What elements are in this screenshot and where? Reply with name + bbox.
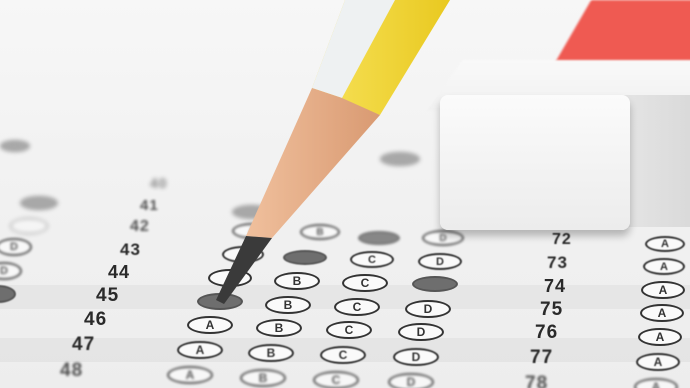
question-number: 43 (120, 240, 141, 260)
answer-bubble: A (645, 236, 685, 252)
answer-bubble: C (326, 321, 372, 339)
answer-bubble: B (274, 272, 320, 290)
answer-bubble: B (300, 224, 340, 240)
question-number: 72 (552, 231, 572, 249)
answer-bubble (20, 196, 58, 210)
answer-bubble: D (393, 348, 439, 366)
answer-sheet-photo: 40 41 42 43 44 45 46 47 48 D D A B D A C… (0, 0, 690, 388)
answer-bubble: A (634, 378, 678, 388)
answer-bubble: C (313, 371, 359, 388)
answer-bubble-filled (197, 293, 243, 310)
question-number: 46 (84, 309, 107, 331)
question-number: 41 (140, 197, 159, 214)
answer-bubble: D (388, 373, 434, 388)
answer-bubble: D (422, 230, 464, 246)
answer-bubble: A (208, 269, 252, 287)
answer-bubble: B (265, 296, 311, 314)
answer-bubble: C (320, 346, 366, 364)
answer-bubble: B (248, 344, 294, 362)
question-number: 48 (60, 360, 83, 382)
answer-bubble-filled (358, 231, 400, 245)
question-number: 76 (535, 322, 558, 344)
question-number: 73 (547, 253, 568, 273)
answer-bubble: D (418, 253, 462, 270)
question-number: 44 (108, 262, 130, 283)
answer-bubble: D (398, 323, 444, 341)
question-number: 42 (130, 218, 150, 236)
answer-bubble: A (636, 353, 680, 371)
answer-bubble: C (350, 251, 394, 268)
answer-bubble: A (643, 258, 685, 275)
question-number: 77 (530, 347, 553, 369)
question-number: 40 (150, 175, 168, 191)
answer-bubble-filled (412, 276, 458, 292)
question-number: 45 (96, 285, 119, 307)
answer-bubble: A (638, 328, 682, 346)
answer-bubble: D (0, 262, 22, 280)
answer-bubble: A (187, 316, 233, 334)
answer-bubble (10, 218, 48, 234)
question-number: 78 (525, 373, 548, 388)
answer-bubble (380, 152, 420, 166)
eraser-front-face (440, 95, 630, 230)
answer-bubble: D (0, 238, 32, 256)
question-number: 75 (540, 299, 563, 321)
answer-bubble: C (334, 298, 380, 316)
answer-bubble: A (222, 246, 264, 263)
answer-bubble: A (167, 366, 213, 384)
question-number: 47 (72, 334, 95, 356)
answer-bubble-filled (283, 250, 327, 265)
answer-bubble (0, 140, 30, 152)
answer-bubble: A (640, 304, 684, 322)
answer-bubble: B (256, 319, 302, 337)
question-number: 74 (544, 276, 566, 297)
answer-bubble: A (641, 281, 685, 299)
answer-bubble: D (405, 300, 451, 318)
answer-bubble: B (240, 369, 286, 387)
answer-bubble: A (177, 341, 223, 359)
answer-bubble (232, 205, 272, 219)
answer-bubble: A (232, 223, 272, 239)
answer-bubble: C (342, 274, 388, 292)
